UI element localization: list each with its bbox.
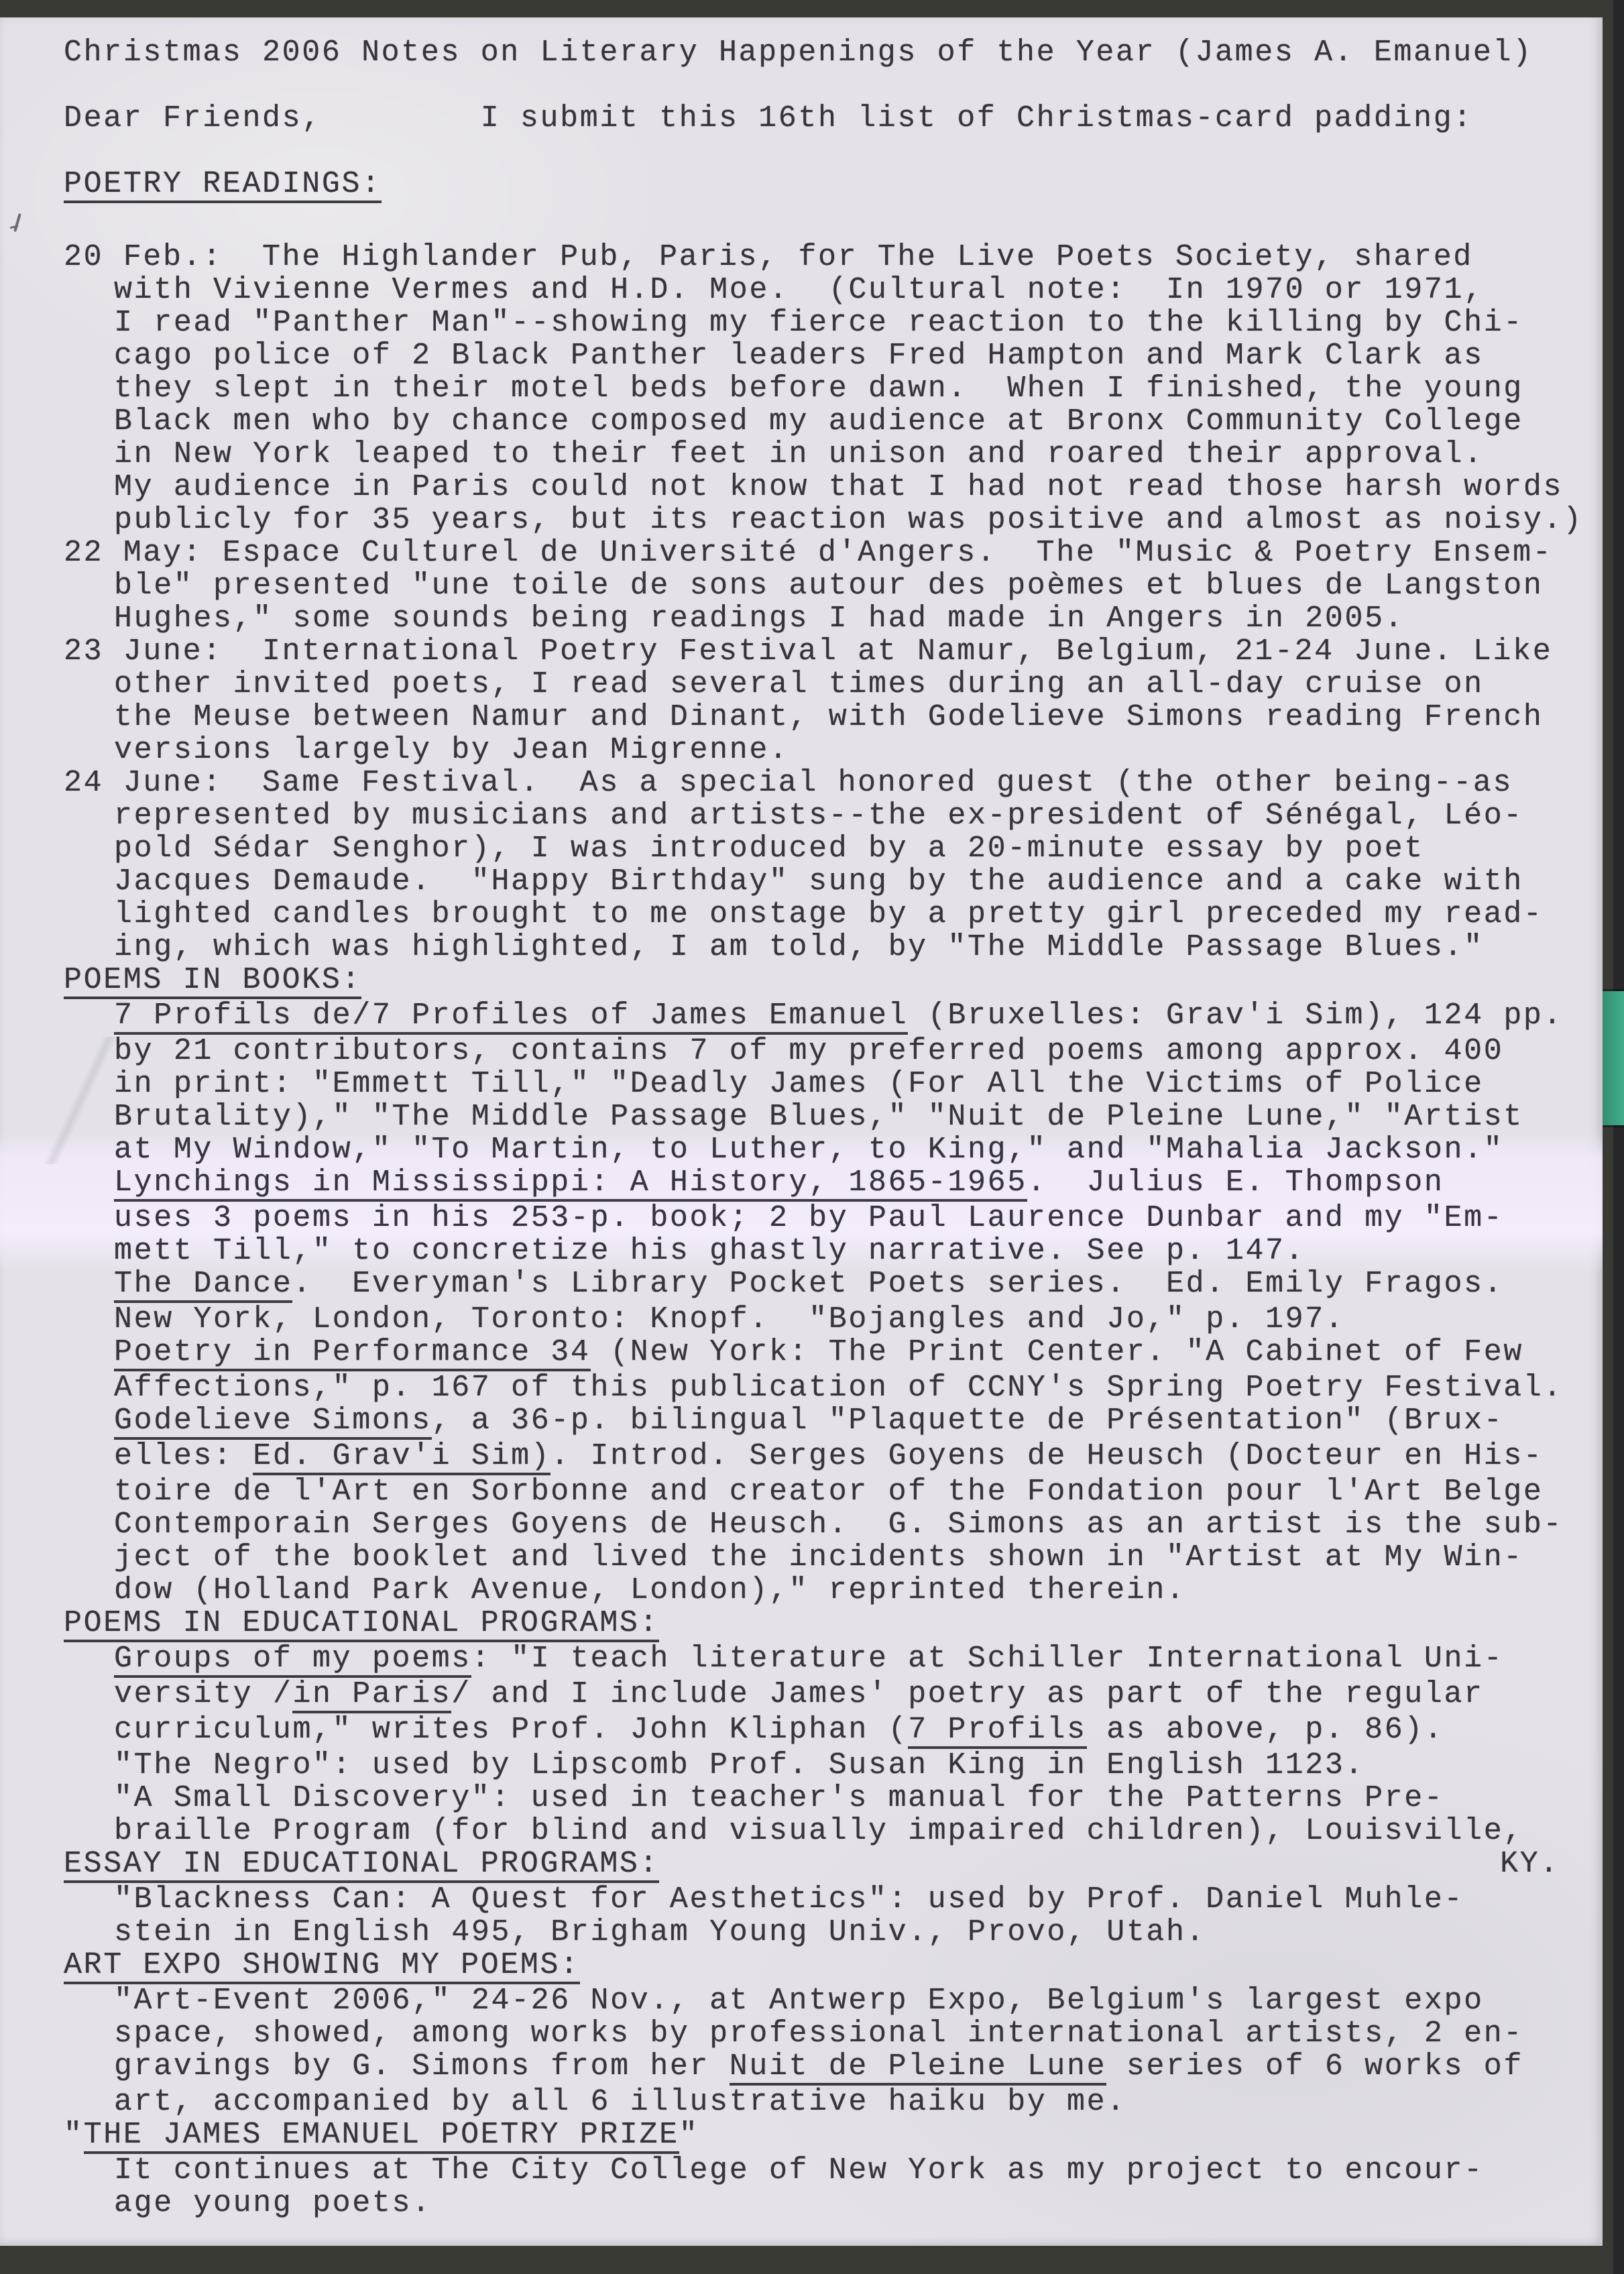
text-segment: uses 3 poems in his 253-p. book; 2 by Pa… — [114, 1202, 1503, 1235]
section-poetry-prize: "THE JAMES EMANUEL POETRY PRIZE" — [0, 2118, 1569, 2154]
doc-line: the Meuse between Namur and Dinant, with… — [0, 701, 1569, 734]
text-segment: Affections," p. 167 of this publication … — [114, 1371, 1563, 1404]
salutation: Dear Friends, I submit this 16th list of… — [0, 102, 1569, 135]
doc-line: pold Sédar Senghor), I was introduced by… — [0, 832, 1569, 865]
text-segment: (Bruxelles: Grav'i Sim), 124 pp. — [908, 999, 1563, 1035]
text-segment: "A Small Discovery": used in teacher's m… — [114, 1782, 1444, 1815]
text-segment: Dear Friends, I submit this 16th list of… — [64, 102, 1473, 135]
doc-line: in New York leaped to their feet in unis… — [0, 438, 1569, 471]
text-segment: the Meuse between Namur and Dinant, with… — [114, 701, 1544, 734]
doc-line: art, accompanied by all 6 illustrative h… — [0, 2086, 1569, 2118]
doc-line: other invited poets, I read several time… — [0, 668, 1569, 701]
text-segment: space, showed, among works by profession… — [114, 2017, 1523, 2050]
text-segment: / and I include James' poetry as part of… — [451, 1678, 1483, 1713]
underlined-text: Groups of my poems — [114, 1642, 471, 1678]
underlined-text: POETRY READINGS: — [64, 168, 382, 203]
section-poems-in-educational-programs: POEMS IN EDUCATIONAL PROGRAMS: — [0, 1607, 1569, 1642]
section-poems-in-books: POEMS IN BOOKS: — [0, 964, 1569, 999]
doc-line: Godelieve Simons, a 36-p. bilingual "Pla… — [0, 1404, 1569, 1440]
text-segment: 24 June: Same Festival. As a special hon… — [64, 766, 1513, 799]
text-segment: " — [64, 2118, 84, 2154]
page-title: Christmas 2006 Notes on Literary Happeni… — [0, 36, 1569, 69]
section-essay-in-educational-programs: ESSAY IN EDUCATIONAL PROGRAMS:KY. — [0, 1847, 1569, 1883]
doc-line: 23 June: International Poetry Festival a… — [0, 635, 1569, 668]
doc-line: braille Program (for blind and visually … — [0, 1815, 1569, 1847]
doc-line: 20 Feb.: The Highlander Pub, Paris, for … — [0, 241, 1569, 274]
text-segment: series of 6 works of — [1106, 2050, 1523, 2086]
section-poetry-readings: POETRY READINGS: — [0, 168, 1569, 203]
text-segment: Christmas 2006 Notes on Literary Happeni… — [64, 36, 1533, 69]
text-segment: "The Negro": used by Lipscomb Prof. Susa… — [114, 1749, 1365, 1782]
text-segment: pold Sédar Senghor), I was introduced by… — [114, 832, 1424, 865]
text-segment: I read "Panther Man"--showing my fierce … — [114, 306, 1523, 339]
text-segment: (New York: The Print Center. "A Cabinet … — [591, 1336, 1523, 1371]
doc-line: dow (Holland Park Avenue, London)," repr… — [0, 1574, 1569, 1607]
underlined-text: POEMS IN EDUCATIONAL PROGRAMS: — [64, 1607, 659, 1642]
doc-line: 22 May: Espace Culturel de Université d'… — [0, 536, 1569, 569]
doc-line: ject of the booklet and lived the incide… — [0, 1541, 1569, 1574]
doc-line: stein in English 495, Brigham Young Univ… — [0, 1916, 1569, 1949]
blank-line — [0, 69, 1569, 102]
text-segment: cago police of 2 Black Panther leaders F… — [114, 339, 1484, 372]
doc-line: Poetry in Performance 34 (New York: The … — [0, 1336, 1569, 1371]
text-segment: at My Window," "To Martin, to Luther, to… — [114, 1133, 1503, 1166]
doc-line: Jacques Demaude. "Happy Birthday" sung b… — [0, 865, 1569, 898]
doc-line: mett Till," to concretize his ghastly na… — [0, 1235, 1569, 1267]
doc-line: "Blackness Can: A Quest for Aesthetics":… — [0, 1883, 1569, 1916]
text-segment: My audience in Paris could not know that… — [114, 471, 1563, 504]
text-segment: gravings by G. Simons from her — [114, 2050, 730, 2086]
text-segment: mett Till," to concretize his ghastly na… — [114, 1235, 1305, 1267]
doc-line: in print: "Emmett Till," "Deadly James (… — [0, 1068, 1569, 1100]
text-segment: Jacques Demaude. "Happy Birthday" sung b… — [114, 865, 1523, 898]
text-segment: New York, London, Toronto: Knopf. "Bojan… — [114, 1303, 1344, 1336]
doc-line: space, showed, among works by profession… — [0, 2017, 1569, 2050]
underlined-text: THE JAMES EMANUEL POETRY PRIZE — [84, 2118, 679, 2154]
underlined-text: Poetry in Performance 34 — [114, 1336, 591, 1371]
document-body: Christmas 2006 Notes on Literary Happeni… — [0, 36, 1569, 2220]
doc-line: 24 June: Same Festival. As a special hon… — [0, 766, 1569, 799]
doc-line: I read "Panther Man"--showing my fierce … — [0, 306, 1569, 339]
doc-line: "The Negro": used by Lipscomb Prof. Susa… — [0, 1749, 1569, 1782]
text-segment: It continues at The City College of New … — [114, 2154, 1484, 2187]
doc-line: ble" presented "une toile de sons autour… — [0, 569, 1569, 602]
text-segment: KY. — [1500, 1847, 1569, 1883]
doc-line: Lynchings in Mississippi: A History, 186… — [0, 1166, 1569, 1202]
text-segment: : "I teach literature at Schiller Intern… — [471, 1642, 1503, 1678]
doc-line: age young poets. — [0, 2187, 1569, 2220]
text-segment: publicly for 35 years, but its reaction … — [114, 504, 1583, 536]
text-segment: in New York leaped to their feet in unis… — [114, 438, 1484, 471]
text-segment: toire de l'Art en Sorbonne and creator o… — [114, 1475, 1544, 1508]
doc-line: gravings by G. Simons from her Nuit de P… — [0, 2050, 1569, 2086]
doc-line: versity /in Paris/ and I include James' … — [0, 1678, 1569, 1713]
underlined-text: ART EXPO SHOWING MY POEMS: — [64, 1949, 580, 1984]
text-segment: "Blackness Can: A Quest for Aesthetics":… — [114, 1883, 1464, 1916]
teal-tab-behind-paper — [1603, 991, 1624, 1125]
doc-line: cago police of 2 Black Panther leaders F… — [0, 339, 1569, 372]
doc-line: Brutality)," "The Middle Passage Blues,"… — [0, 1100, 1569, 1133]
text-segment: "Art-Event 2006," 24-26 Nov., at Antwerp… — [114, 1984, 1484, 2017]
text-segment: they slept in their motel beds before da… — [114, 372, 1523, 405]
underlined-text: Nuit de Pleine Lune — [730, 2050, 1106, 2086]
doc-line: Hughes," some sounds being readings I ha… — [0, 602, 1569, 635]
text-segment: versity / — [114, 1678, 292, 1713]
doc-line: New York, London, Toronto: Knopf. "Bojan… — [0, 1303, 1569, 1336]
text-segment: Hughes," some sounds being readings I ha… — [114, 602, 1404, 635]
doc-line: It continues at The City College of New … — [0, 2154, 1569, 2187]
text-segment: 20 Feb.: The Highlander Pub, Paris, for … — [64, 241, 1473, 274]
text-segment: as above, p. 86). — [1087, 1713, 1444, 1749]
doc-line: with Vivienne Vermes and H.D. Moe. (Cult… — [0, 274, 1569, 306]
doc-line: they slept in their motel beds before da… — [0, 372, 1569, 405]
doc-line: My audience in Paris could not know that… — [0, 471, 1569, 504]
doc-line: Contemporain Serges Goyens de Heusch. G.… — [0, 1508, 1569, 1541]
text-segment: . Julius E. Thompson — [1027, 1166, 1444, 1202]
doc-line: Black men who by chance composed my audi… — [0, 405, 1569, 438]
text-segment: age young poets. — [114, 2187, 432, 2220]
underlined-text: in Paris — [292, 1678, 451, 1713]
text-segment: in print: "Emmett Till," "Deadly James (… — [114, 1068, 1484, 1100]
text-segment: art, accompanied by all 6 illustrative h… — [114, 2086, 1126, 2118]
underlined-text: ESSAY IN EDUCATIONAL PROGRAMS: — [64, 1847, 659, 1883]
doc-line: publicly for 35 years, but its reaction … — [0, 504, 1569, 536]
text-segment: ject of the booklet and lived the incide… — [114, 1541, 1523, 1574]
doc-line: by 21 contributors, contains 7 of my pre… — [0, 1035, 1569, 1068]
underlined-text: The Dance — [114, 1267, 292, 1303]
doc-line: toire de l'Art en Sorbonne and creator o… — [0, 1475, 1569, 1508]
doc-line: "A Small Discovery": used in teacher's m… — [0, 1782, 1569, 1815]
underlined-text: POEMS IN BOOKS: — [64, 964, 361, 999]
text-segment: braille Program (for blind and visually … — [114, 1815, 1523, 1847]
doc-line: at My Window," "To Martin, to Luther, to… — [0, 1133, 1569, 1166]
text-segment: 23 June: International Poetry Festival a… — [64, 635, 1552, 668]
scanned-page: Christmas 2006 Notes on Literary Happeni… — [0, 17, 1603, 2246]
text-segment: versions largely by Jean Migrenne. — [114, 734, 789, 766]
text-segment: , a 36-p. bilingual "Plaquette de Présen… — [432, 1404, 1504, 1440]
doc-line: "Art-Event 2006," 24-26 Nov., at Antwerp… — [0, 1984, 1569, 2017]
text-segment: lighted candles brought to me onstage by… — [114, 898, 1544, 931]
doc-line: The Dance. Everyman's Library Pocket Poe… — [0, 1267, 1569, 1303]
text-segment: Black men who by chance composed my audi… — [114, 405, 1523, 438]
doc-line: uses 3 poems in his 253-p. book; 2 by Pa… — [0, 1202, 1569, 1235]
doc-line: Affections," p. 167 of this publication … — [0, 1371, 1569, 1404]
doc-line: versions largely by Jean Migrenne. — [0, 734, 1569, 766]
doc-line: represented by musicians and artists--th… — [0, 799, 1569, 832]
underlined-text: Ed. Grav'i Sim) — [253, 1440, 550, 1475]
blank-line — [0, 203, 1569, 241]
text-segment: by 21 contributors, contains 7 of my pre… — [114, 1035, 1503, 1068]
text-segment: curriculum," writes Prof. John Kliphan ( — [114, 1713, 908, 1749]
section-art-expo: ART EXPO SHOWING MY POEMS: — [0, 1949, 1569, 1984]
text-segment: ing, which was highlighted, I am told, b… — [114, 931, 1484, 964]
text-segment: with Vivienne Vermes and H.D. Moe. (Cult… — [114, 274, 1484, 306]
text-segment: dow (Holland Park Avenue, London)," repr… — [114, 1574, 1186, 1607]
text-segment: Brutality)," "The Middle Passage Blues,"… — [114, 1100, 1523, 1133]
blank-line — [0, 135, 1569, 168]
text-segment: . Everyman's Library Pocket Poets series… — [292, 1267, 1503, 1303]
doc-line: curriculum," writes Prof. John Kliphan (… — [0, 1713, 1569, 1749]
text-segment: represented by musicians and artists--th… — [114, 799, 1523, 832]
text-segment: ble" presented "une toile de sons autour… — [114, 569, 1544, 602]
doc-line: Groups of my poems: "I teach literature … — [0, 1642, 1569, 1678]
doc-line: lighted candles brought to me onstage by… — [0, 898, 1569, 931]
text-segment: stein in English 495, Brigham Young Univ… — [114, 1916, 1206, 1949]
doc-line: 7 Profils de/7 Profiles of James Emanuel… — [0, 999, 1569, 1035]
text-segment: Contemporain Serges Goyens de Heusch. G.… — [114, 1508, 1563, 1541]
text-segment: . Introd. Serges Goyens de Heusch (Docte… — [550, 1440, 1543, 1475]
text-segment: 22 May: Espace Culturel de Université d'… — [64, 536, 1552, 569]
text-segment: other invited poets, I read several time… — [114, 668, 1484, 701]
underlined-text: Godelieve Simons — [114, 1404, 432, 1440]
underlined-text: Lynchings in Mississippi: A History, 186… — [114, 1166, 1027, 1202]
doc-line: elles: Ed. Grav'i Sim). Introd. Serges G… — [0, 1440, 1569, 1475]
underlined-text: 7 Profils de/7 Profiles of James Emanuel — [114, 999, 908, 1035]
scanner-background-edge — [1613, 0, 1624, 2274]
doc-line: ing, which was highlighted, I am told, b… — [0, 931, 1569, 964]
text-segment: elles: — [114, 1440, 253, 1475]
underlined-text: 7 Profils — [908, 1713, 1086, 1749]
text-segment: " — [679, 2118, 699, 2154]
